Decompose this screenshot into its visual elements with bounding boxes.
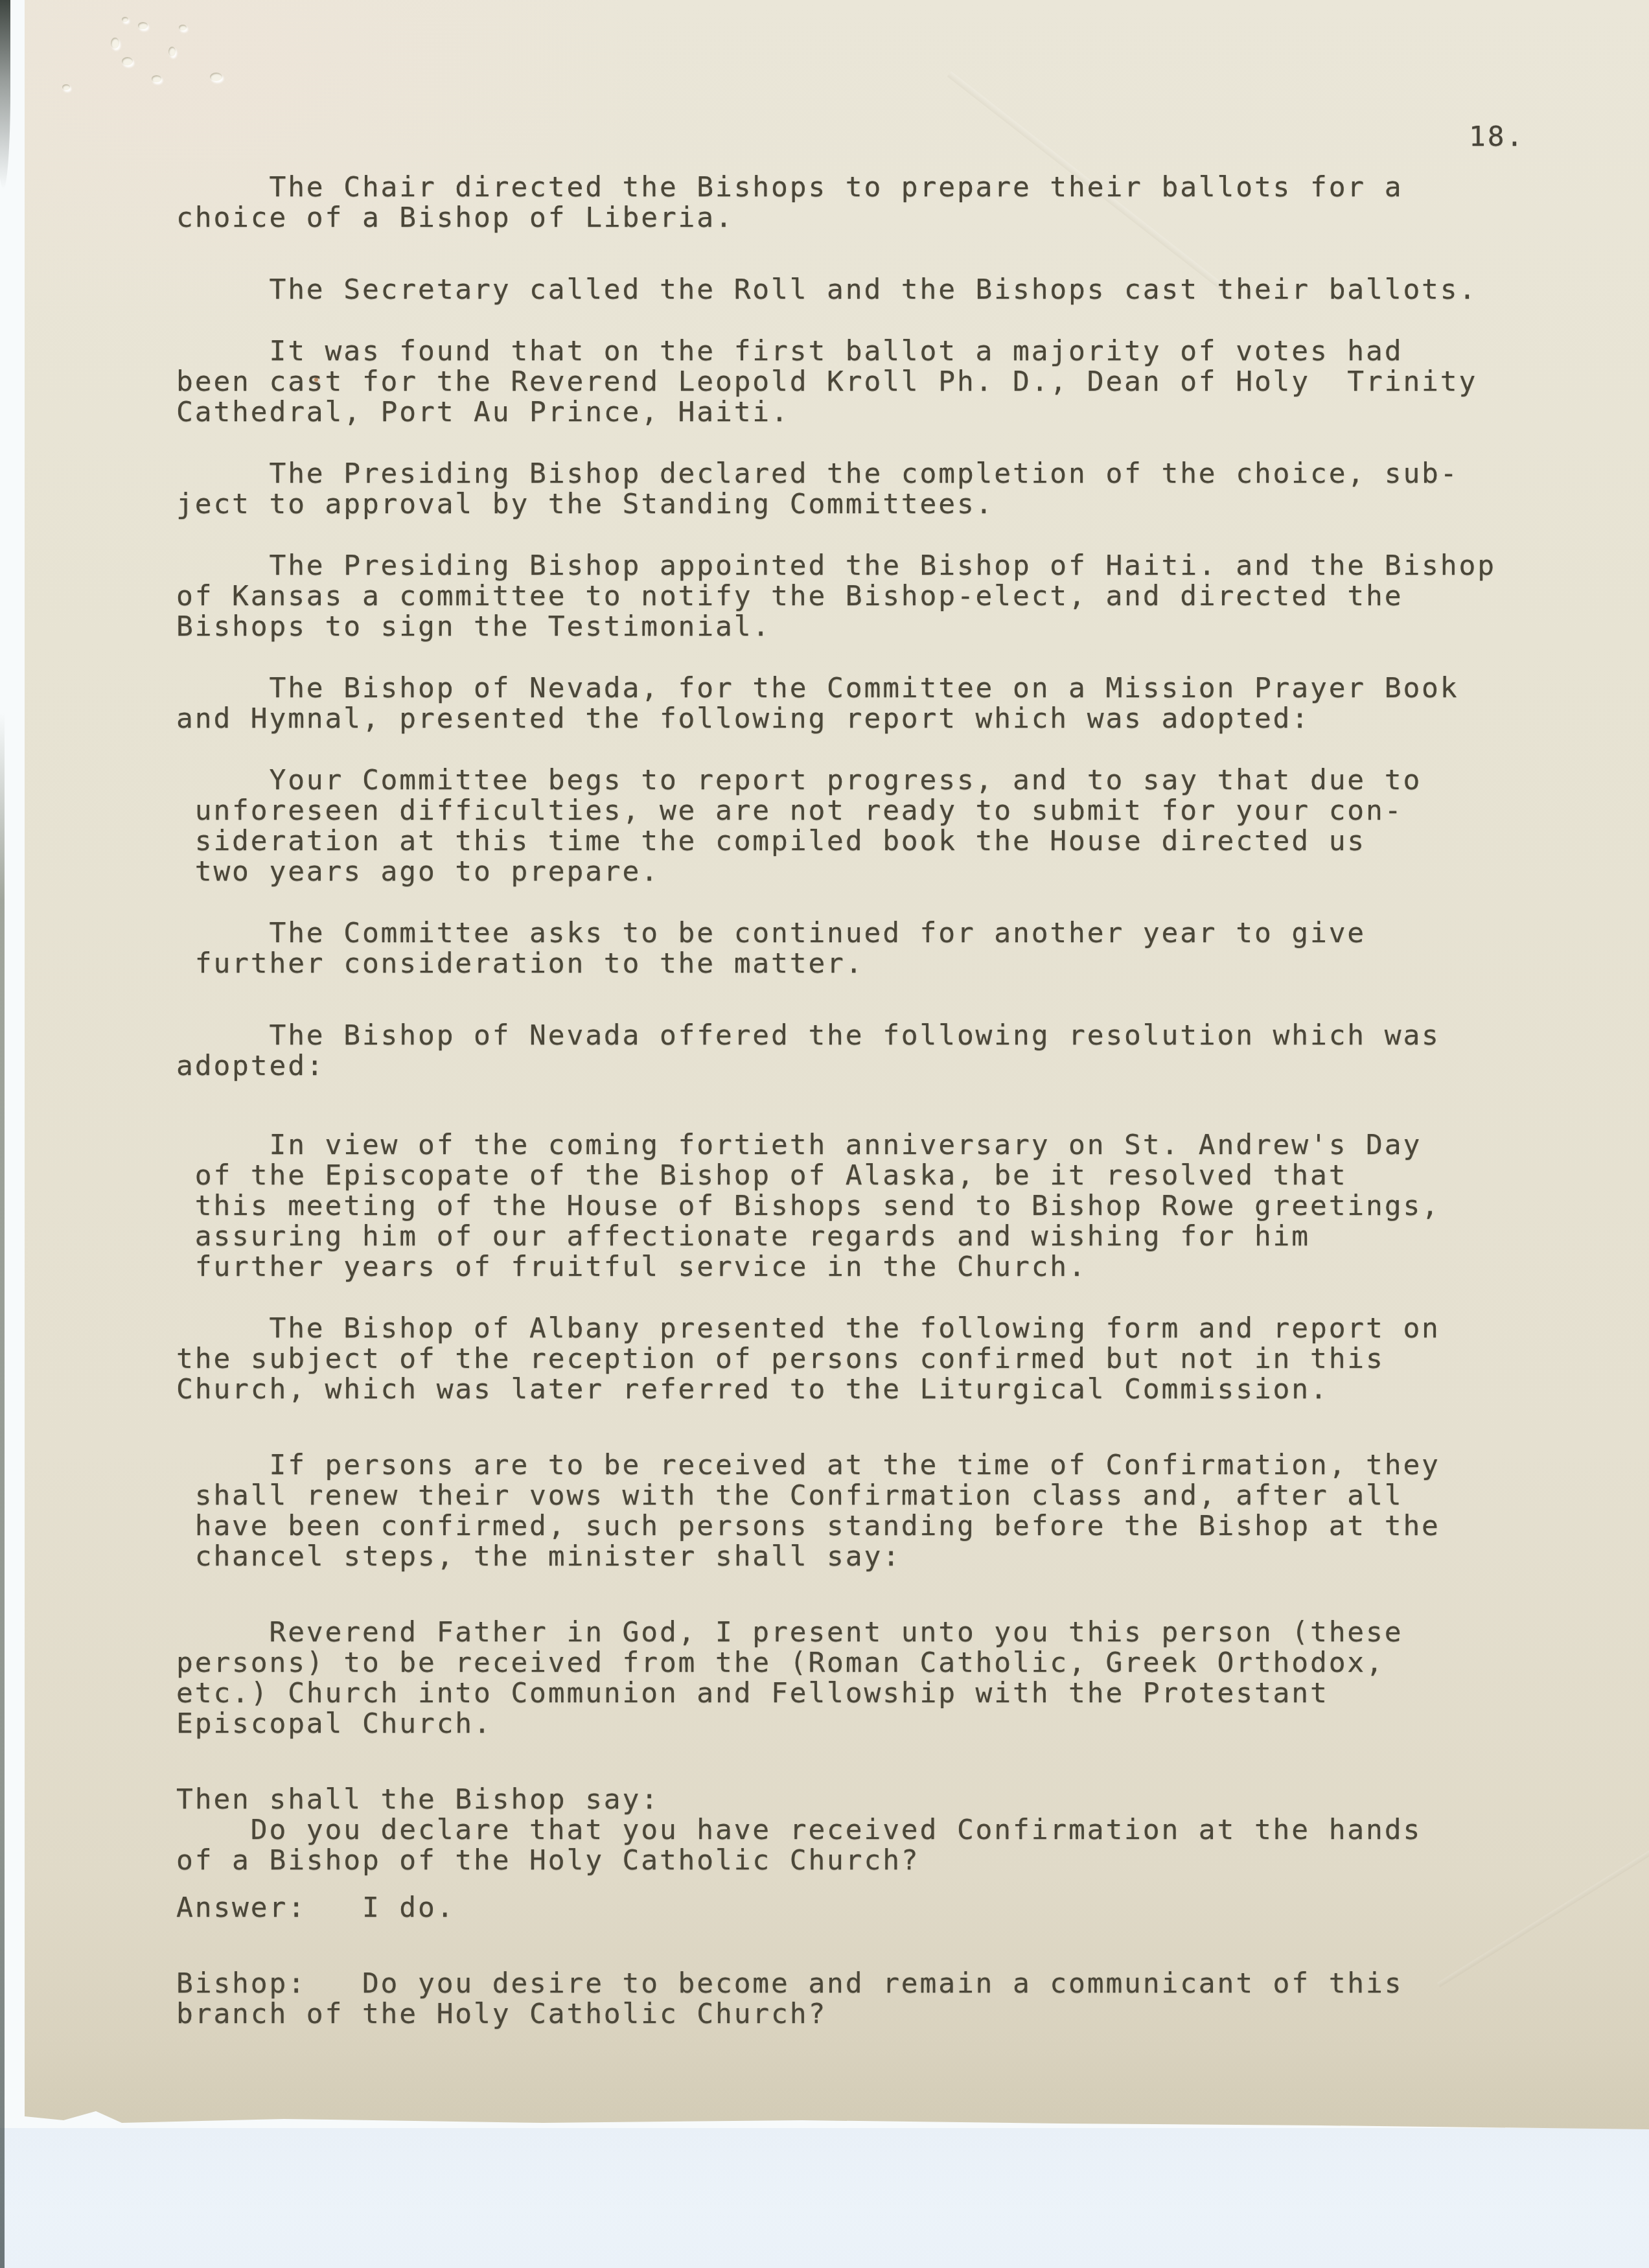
paragraph-line: this meeting of the House of Bishops sen… [176, 1191, 1610, 1221]
paragraph-line: etc.) Church into Communion and Fellowsh… [176, 1678, 1610, 1709]
paper-dent [122, 57, 133, 65]
paragraph-line: The Chair directed the Bishops to prepar… [176, 172, 1610, 203]
paragraph-line: and Hymnal, presented the following repo… [176, 704, 1610, 734]
paragraph-response: Answer: I do. [176, 1893, 1610, 1923]
paragraph-normal: The Bishop of Albany presented the follo… [176, 1313, 1610, 1405]
scan-edge-shadow-left [0, 713, 5, 2268]
paragraph-line: been cast for the Reverend Leopold Kroll… [176, 367, 1610, 397]
paragraph-block-quote: In view of the coming fortieth anniversa… [176, 1130, 1610, 1282]
paragraph-line: The Bishop of Albany presented the follo… [176, 1313, 1610, 1344]
paragraph-normal: Reverend Father in God, I present unto y… [176, 1617, 1610, 1739]
paragraph-line: Bishop: Do you desire to become and rema… [176, 1969, 1610, 1999]
paragraph-line: The Bishop of Nevada, for the Committee … [176, 673, 1610, 704]
paragraph-line: of a Bishop of the Holy Catholic Church? [176, 1846, 1610, 1876]
paper-dent [152, 75, 161, 82]
paper-dent [179, 25, 187, 30]
paper-dent [62, 84, 70, 90]
document-page: 18. The Chair directed the Bishops to pr… [25, 0, 1649, 2133]
paragraph-line: Church, which was later referred to the … [176, 1374, 1610, 1405]
page-number: 18. [1469, 122, 1525, 152]
paragraph-normal: The Presiding Bishop declared the comple… [176, 459, 1610, 520]
paragraph-line: of the Episcopate of the Bishop of Alask… [176, 1161, 1610, 1191]
paragraph-block-quote: The Committee asks to be continued for a… [176, 918, 1610, 979]
paragraph-line: further years of fruitful service in the… [176, 1252, 1610, 1282]
paragraph-line: branch of the Holy Catholic Church? [176, 1999, 1610, 2030]
paragraph-line: Answer: I do. [176, 1893, 1610, 1923]
paragraph-normal: The Bishop of Nevada, for the Committee … [176, 673, 1610, 734]
paragraph-line: of Kansas a committee to notify the Bish… [176, 581, 1610, 612]
paragraph-line: The Committee asks to be continued for a… [176, 918, 1610, 949]
paper-dent [210, 73, 222, 81]
paragraph-line: adopted: [176, 1051, 1610, 1082]
scanned-document: 18. The Chair directed the Bishops to pr… [0, 0, 1649, 2268]
paragraph-line: choice of a Bishop of Liberia. [176, 203, 1610, 233]
paragraph-line: Episcopal Church. [176, 1709, 1610, 1739]
paragraph-line: The Presiding Bishop declared the comple… [176, 459, 1610, 489]
paragraph-line: Do you declare that you have received Co… [176, 1815, 1610, 1846]
paper-dent [111, 38, 119, 49]
paragraph-response: Bishop: Do you desire to become and rema… [176, 1969, 1610, 2030]
paragraph-line: Cathedral, Port Au Prince, Haiti. [176, 397, 1610, 428]
paragraph-line: shall renew their vows with the Confirma… [176, 1481, 1610, 1511]
paragraph-block-quote: If persons are to be received at the tim… [176, 1450, 1610, 1572]
paragraph-line: The Secretary called the Roll and the Bi… [176, 275, 1610, 305]
paragraph-normal: The Secretary called the Roll and the Bi… [176, 275, 1610, 305]
paragraph-rubric: Then shall the Bishop say: Do you declar… [176, 1785, 1610, 1876]
paragraph-line: It was found that on the first ballot a … [176, 336, 1610, 367]
paragraph-line: sideration at this time the compiled boo… [176, 826, 1610, 857]
paragraph-line: The Bishop of Nevada offered the followi… [176, 1021, 1610, 1051]
paragraph-line: In view of the coming fortieth anniversa… [176, 1130, 1610, 1161]
paragraph-line: have been confirmed, such persons standi… [176, 1511, 1610, 1542]
paper-dent [122, 17, 128, 22]
paragraph-normal: It was found that on the first ballot a … [176, 336, 1610, 428]
paragraph-line: the subject of the reception of persons … [176, 1344, 1610, 1374]
paragraph-line: assuring him of our affectionate regards… [176, 1221, 1610, 1252]
paragraph-line: ject to approval by the Standing Committ… [176, 489, 1610, 520]
paragraph-normal: The Chair directed the Bishops to prepar… [176, 172, 1610, 233]
paragraph-line: two years ago to prepare. [176, 857, 1610, 887]
paragraph-normal: The Presiding Bishop appointed the Bisho… [176, 551, 1610, 642]
scanner-background [0, 2128, 1649, 2268]
paragraph-block-quote: Your Committee begs to report progress, … [176, 765, 1610, 887]
paper-dent [168, 47, 176, 56]
paper-dent [138, 22, 148, 29]
paragraph-line: persons) to be received from the (Roman … [176, 1648, 1610, 1678]
scan-edge-shadow-top [0, 0, 10, 189]
paragraph-line: chancel steps, the minister shall say: [176, 1542, 1610, 1572]
paragraph-line: Then shall the Bishop say: [176, 1785, 1610, 1815]
paragraph-normal: The Bishop of Nevada offered the followi… [176, 1021, 1610, 1082]
paragraph-line: The Presiding Bishop appointed the Bisho… [176, 551, 1610, 581]
paragraph-line: Reverend Father in God, I present unto y… [176, 1617, 1610, 1648]
paragraph-line: further consideration to the matter. [176, 949, 1610, 979]
paragraph-line: Your Committee begs to report progress, … [176, 765, 1610, 796]
paragraph-line: unforeseen difficulties, we are not read… [176, 796, 1610, 826]
paragraph-line: Bishops to sign the Testimonial. [176, 612, 1610, 642]
document-body: The Chair directed the Bishops to prepar… [176, 172, 1610, 2030]
paragraph-line: If persons are to be received at the tim… [176, 1450, 1610, 1481]
